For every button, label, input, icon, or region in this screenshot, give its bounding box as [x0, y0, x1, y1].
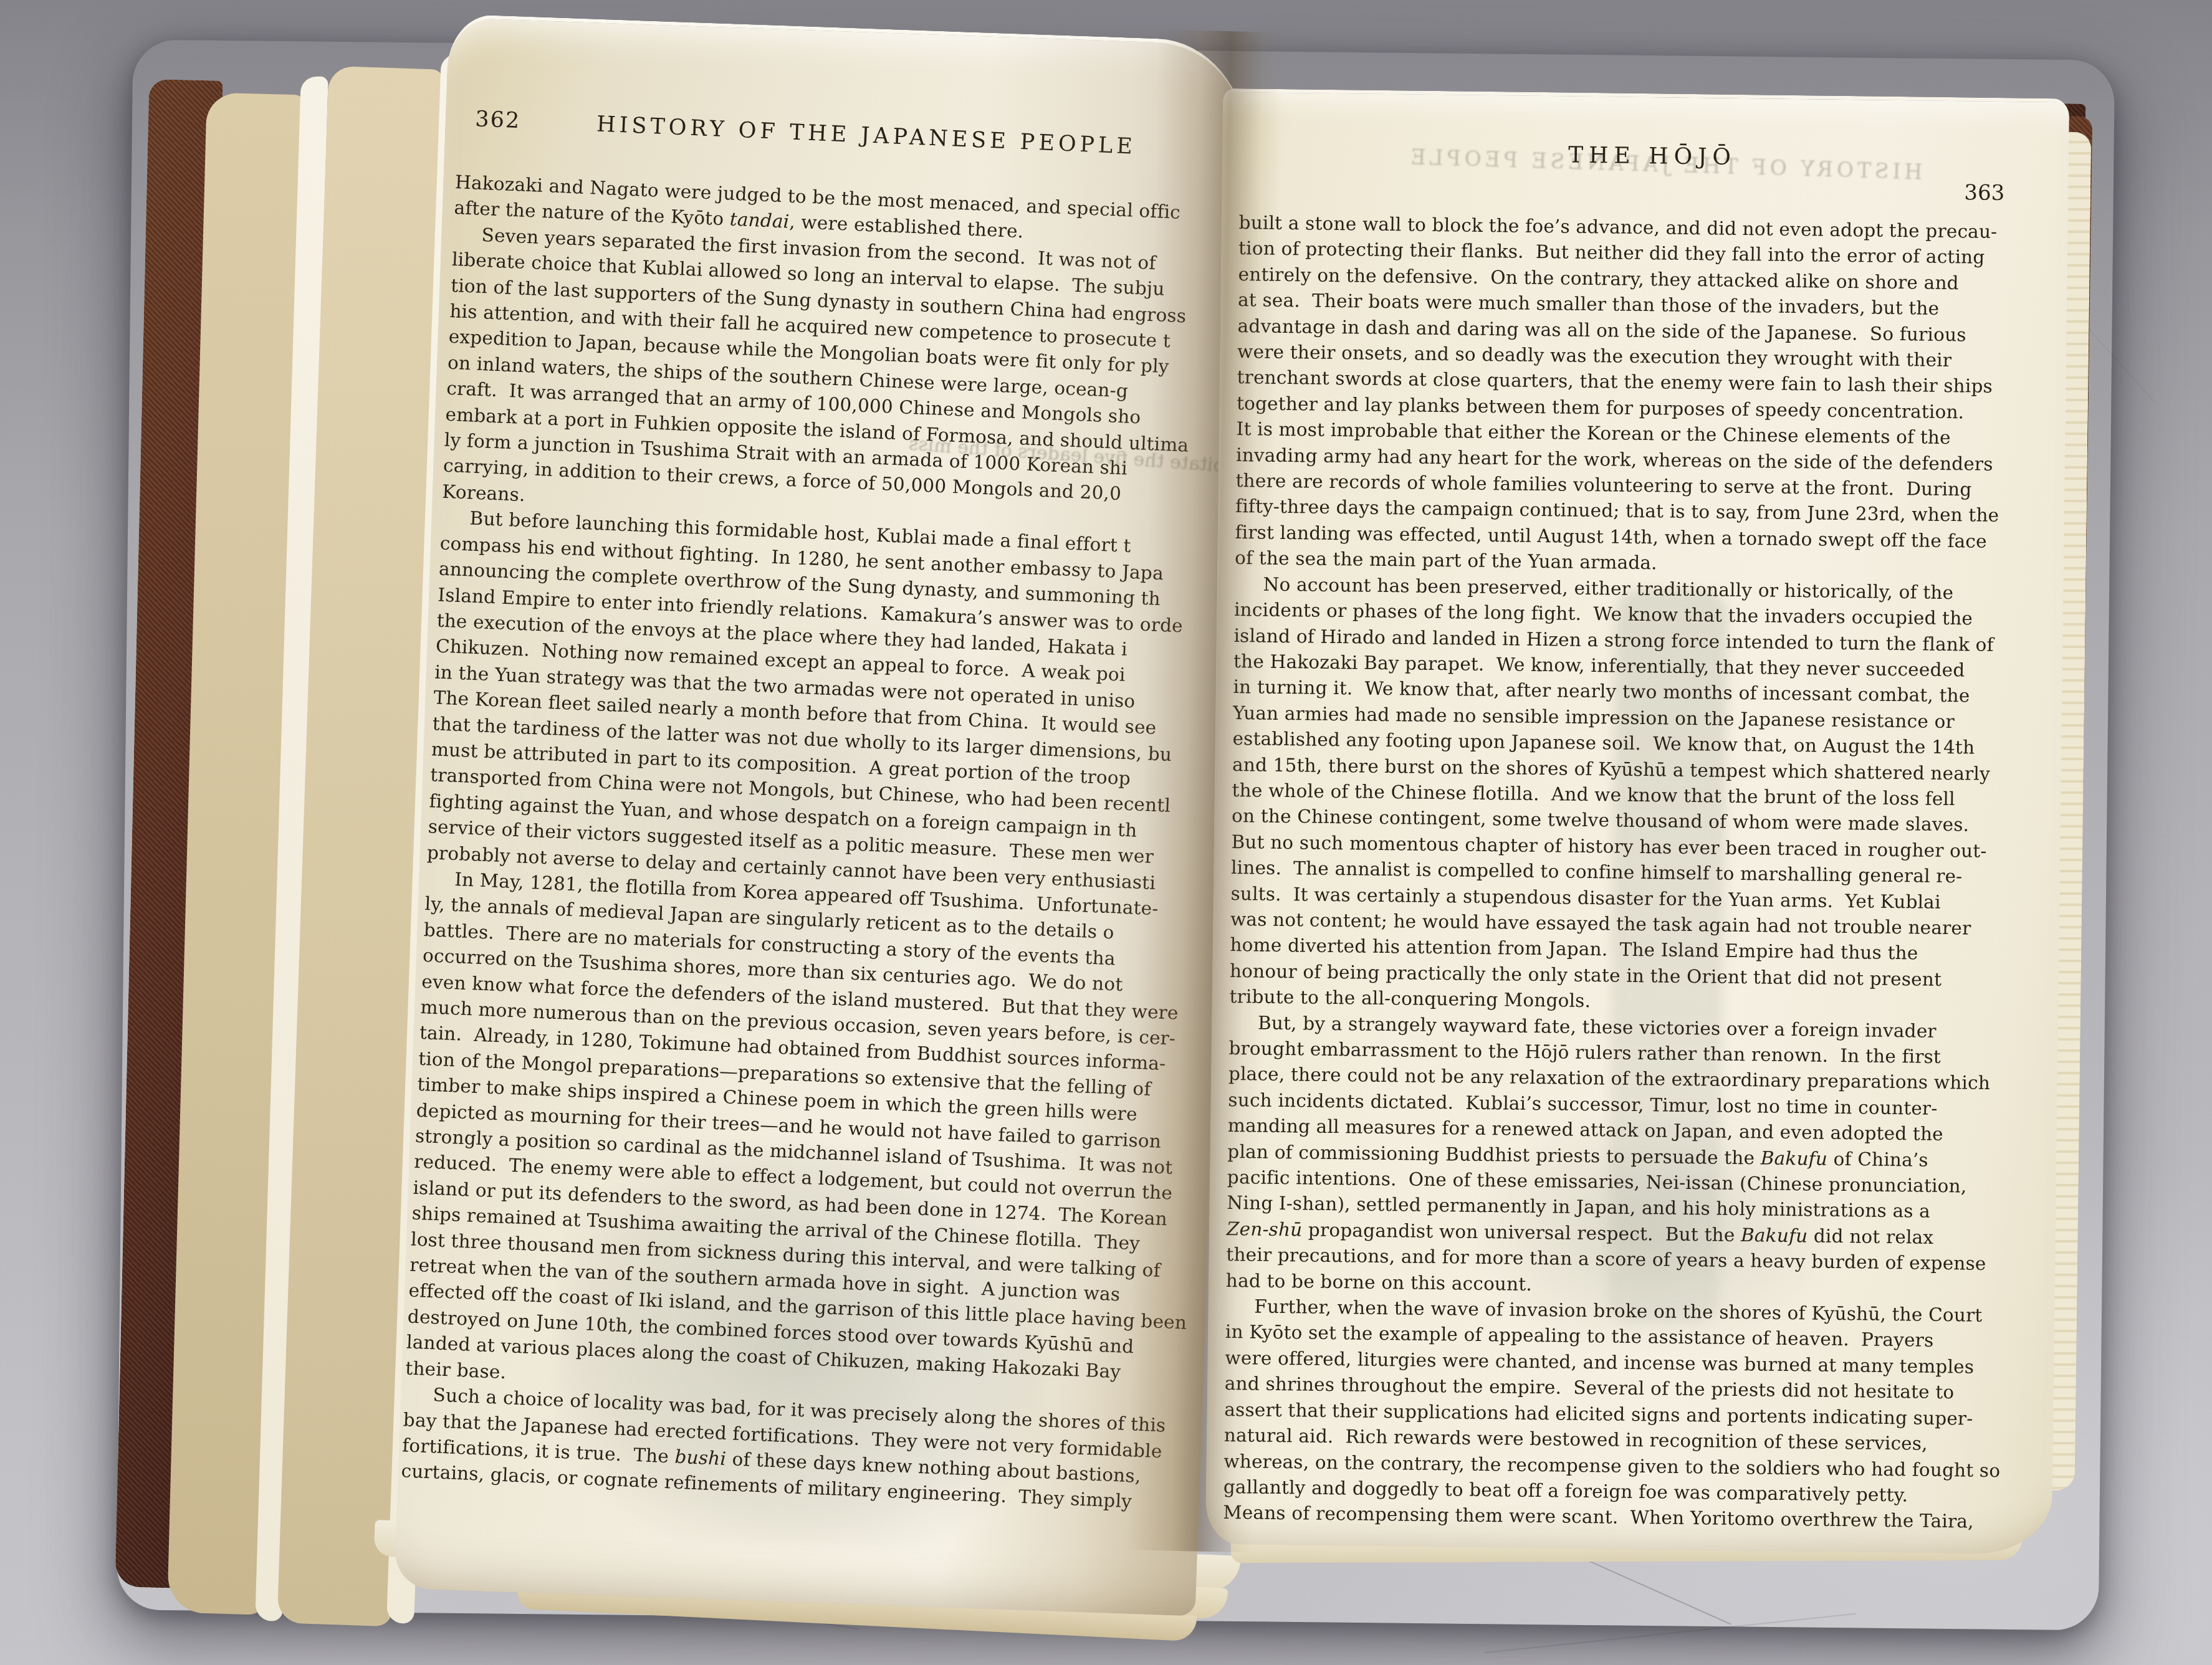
paragraph: But, by a strangely wayward fate, these …: [1226, 1010, 2029, 1304]
right-page-text: THE HŌJŌ 363 built a stone wall to block…: [1223, 138, 2040, 1535]
paragraph: Further, when the wave of invasion broke…: [1223, 1294, 2026, 1535]
left-page-header-row: 362 HISTORY OF THE JAPANESE PEOPLE: [457, 106, 1240, 163]
paragraph: No account has been preserved, either tr…: [1229, 571, 2035, 1020]
right-page: HISTORY OF THE JAPANESE PEOPLE THE HŌJŌ …: [1205, 88, 2069, 1554]
left-page: makura’s answer was to decapitate the fi…: [394, 14, 1250, 1616]
left-page-text: 362 HISTORY OF THE JAPANESE PEOPLE Hakoz…: [401, 106, 1240, 1517]
paragraph: Seven years separated the first invasion…: [442, 221, 1235, 538]
page-number: 363: [1239, 171, 2039, 206]
chapter-header: THE HŌJŌ: [1240, 138, 2040, 174]
photo-open-book: makura’s answer was to decapitate the fi…: [0, 0, 2212, 1665]
left-page-paragraphs: Hakozaki and Nagato were judged to be th…: [401, 169, 1237, 1517]
paragraph: But before launching this formidable hos…: [426, 505, 1222, 899]
paragraph: built a stone wall to block the foe’s ad…: [1235, 210, 2039, 581]
paragraph: In May, 1281, the flotilla from Korea ap…: [405, 866, 1208, 1414]
page-number: 362: [457, 106, 570, 135]
running-header: HISTORY OF THE JAPANESE PEOPLE: [568, 111, 1240, 164]
right-page-paragraphs: built a stone wall to block the foe’s ad…: [1223, 210, 2039, 1535]
